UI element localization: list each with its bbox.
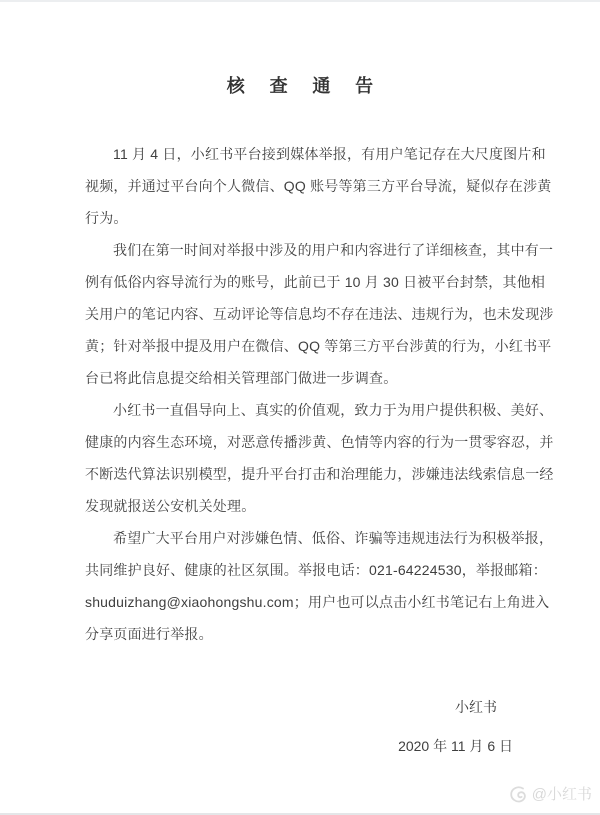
notice-body: 11 月 4 日，小红书平台接到媒体举报，有用户笔记存在大尺度图片和视频，并通过…: [85, 138, 559, 650]
paragraph-investigation-result: 我们在第一时间对举报中涉及的用户和内容进行了详细核查，其中有一例有低俗内容导流行…: [85, 234, 559, 394]
date-line: 2020 年 11 月 6 日: [398, 730, 513, 762]
watermark: @小红书: [508, 783, 592, 804]
signature-block: 小红书 2020 年 11 月 6 日: [398, 691, 513, 762]
notice-title: 核 查 通 告: [0, 72, 600, 98]
watermark-text: @小红书: [532, 783, 592, 804]
weibo-logo-icon: [508, 784, 529, 804]
notice-document: 核 查 通 告 11 月 4 日，小红书平台接到媒体举报，有用户笔记存在大尺度图…: [0, 0, 600, 815]
paragraph-platform-values: 小红书一直倡导向上、真实的价值观，致力于为用户提供积极、美好、健康的内容生态环境…: [85, 394, 559, 522]
signature: 小红书: [398, 691, 513, 723]
paragraph-report-received: 11 月 4 日，小红书平台接到媒体举报，有用户笔记存在大尺度图片和视频，并通过…: [85, 138, 559, 234]
paragraph-report-channels: 希望广大平台用户对涉嫌色情、低俗、诈骗等违规违法行为积极举报，共同维护良好、健康…: [85, 522, 559, 650]
